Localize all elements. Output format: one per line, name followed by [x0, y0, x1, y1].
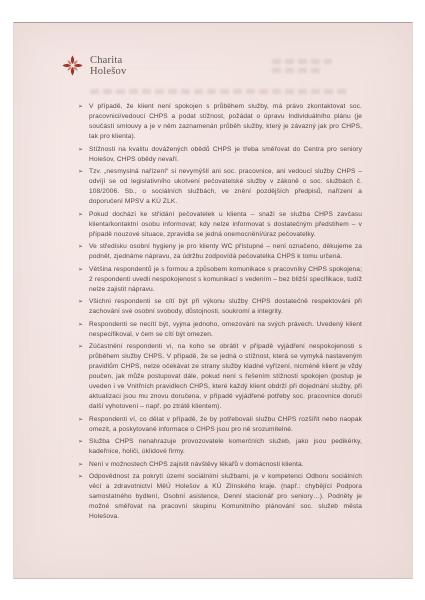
list-item: ➢Odpovědnost za pokrytí území sociálními…: [78, 472, 362, 522]
list-item: ➢Všichni respondenti se cítí být při výk…: [78, 297, 362, 317]
bullet-arrow-icon: ➢: [78, 102, 83, 112]
bullet-text: Respondenti ví, co dělat v případě, že b…: [89, 416, 362, 433]
bullet-arrow-icon: ➢: [78, 342, 83, 352]
bullet-arrow-icon: ➢: [78, 242, 83, 252]
bullet-text: Většina respondentů je s formou a způsob…: [89, 266, 362, 293]
list-item: ➢Zúčastnění respondenti ví, na koho se o…: [78, 342, 362, 412]
list-item: ➢Stížnosti na kvalitu dovážených obědů C…: [78, 145, 362, 165]
list-item: ➢Není v možnostech CHPS zajistit návštěv…: [78, 460, 362, 470]
bullet-arrow-icon: ➢: [78, 145, 83, 155]
bullet-arrow-icon: ➢: [78, 460, 83, 470]
bullet-arrow-icon: ➢: [78, 320, 83, 330]
bullet-text: Stížnosti na kvalitu dovážených obědů CH…: [89, 146, 362, 163]
list-item: ➢Respondenti se necítí být, vyjma jednoh…: [78, 320, 362, 340]
bullet-text: V případě, že klient není spokojen s prů…: [89, 103, 362, 140]
list-item: ➢Služba CHPS nenahrazuje provozovatele k…: [78, 437, 362, 457]
caritas-flame-cross-icon: [61, 54, 84, 77]
bullet-text: Všichni respondenti se cítí být při výko…: [89, 298, 362, 315]
charita-holesov-logo: Charita Holešov: [61, 54, 126, 77]
bullet-text: Odpovědnost za pokrytí území sociálními …: [89, 473, 362, 520]
bullet-arrow-icon: ➢: [78, 167, 83, 177]
bullet-arrow-icon: ➢: [78, 265, 83, 275]
bullet-arrow-icon: ➢: [78, 297, 83, 307]
bullet-text: Pokud dochází ke střídání pečovatelek u …: [89, 211, 362, 238]
bullet-text: Tzv. „nesmyslná nařízení“ si nevymýšlí a…: [89, 168, 362, 205]
bullet-arrow-icon: ➢: [78, 415, 83, 425]
list-item: ➢V případě, že klient není spokojen s pr…: [78, 102, 362, 142]
bullet-arrow-icon: ➢: [78, 437, 83, 447]
org-name-line2: Holešov: [90, 66, 126, 77]
org-name-line1: Charita: [90, 55, 126, 66]
bullet-text: Zúčastnění respondenti ví, na koho se ob…: [89, 343, 362, 410]
bullet-arrow-icon: ➢: [78, 472, 83, 482]
list-item: ➢Respondenti ví, co dělat v případě, že …: [78, 415, 362, 435]
bullet-list: ➢V případě, že klient není spokojen s pr…: [78, 102, 362, 525]
bullet-arrow-icon: ➢: [78, 210, 83, 220]
list-item: ➢Ve středisku osobní hygieny je pro klie…: [78, 242, 362, 262]
scanned-paper-page: Charita Holešov ➢V případě, že klient ne…: [13, 22, 413, 579]
bullet-text: Ve středisku osobní hygieny je pro klien…: [89, 243, 362, 260]
list-item: ➢Pokud dochází ke střídání pečovatelek u…: [78, 210, 362, 240]
list-item: ➢Tzv. „nesmyslná nařízení“ si nevymýšlí …: [78, 167, 362, 207]
bullet-text: Služba CHPS nenahrazuje provozovatele ko…: [89, 438, 362, 455]
bullet-text: Respondenti se necítí být, vyjma jednoho…: [89, 321, 362, 338]
org-name: Charita Holešov: [90, 55, 126, 77]
bleedthrough-ghost-textline: [90, 89, 350, 98]
scanned-document-screenshot: { "doc": { "logo": { "icon": "caritas-fl…: [0, 0, 425, 600]
list-item: ➢Většina respondentů je s formou a způso…: [78, 265, 362, 295]
bleedthrough-ghost-logo: [272, 59, 336, 77]
bullet-text: Není v možnostech CHPS zajistit návštěvy…: [89, 461, 304, 468]
